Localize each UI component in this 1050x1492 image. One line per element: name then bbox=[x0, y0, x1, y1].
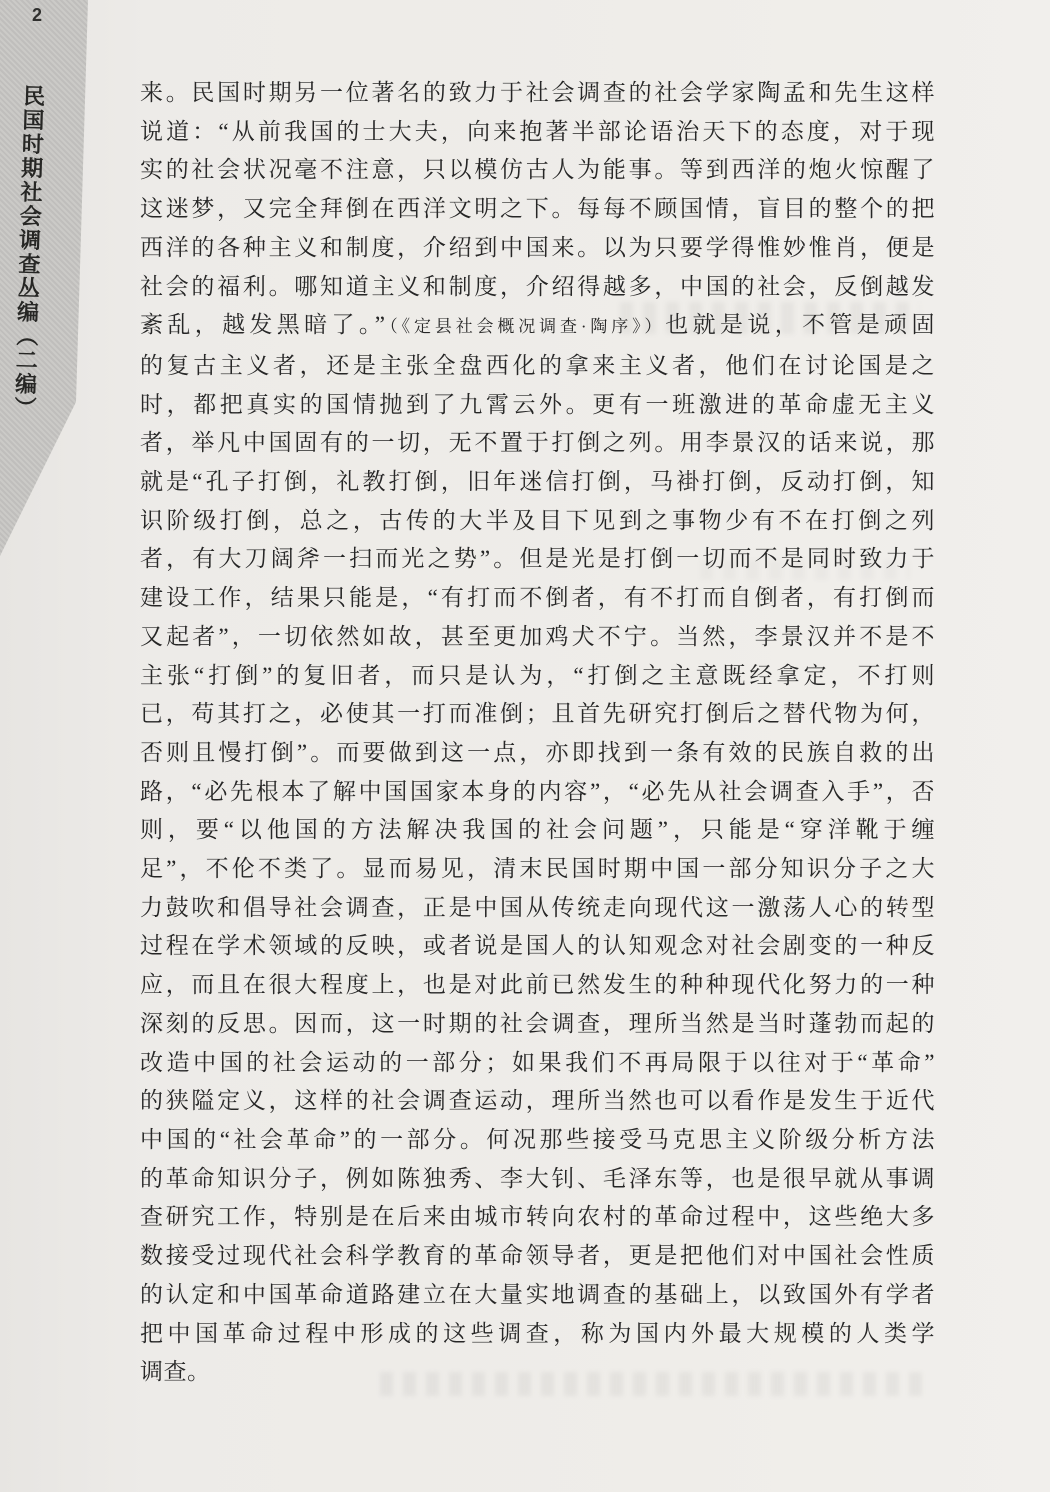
text-line: 过程在学术领域的反映，或者说是国人的认知观念对社会剧变的一种反 bbox=[140, 927, 935, 966]
text-line: 则，要“以他国的方法解决我国的社会问题”，只能是“穿洋靴于缠 bbox=[140, 811, 935, 850]
text-line: 深刻的反思。因而，这一时期的社会调查，理所当然是当时蓬勃而起的 bbox=[140, 1005, 935, 1044]
text-line: 路，“必先根本了解中国国家本身的内容”，“必先从社会调查入手”，否 bbox=[140, 773, 935, 812]
text-line: 力鼓吹和倡导社会调查，正是中国从传统走向现代这一激荡人心的转型 bbox=[140, 889, 935, 928]
body-text: 深刻的反思。因而，这一时期的社会调查，理所当然是当时蓬勃而起的 bbox=[140, 1011, 935, 1036]
body-text: 足”，不伦不类了。显而易见，清末民国时期中国一部分知识分子之大 bbox=[140, 856, 935, 881]
text-block: 来。民国时期另一位著名的致力于社会调查的社会学家陶孟和先生这样说道：“从前我国的… bbox=[140, 74, 935, 1392]
body-text: 应，而且在很大程度上，也是对此前已然发生的种种现代化努力的一种 bbox=[140, 972, 935, 997]
text-line: 已，苟其打之，必使其一打而准倒；且首先研究打倒后之替代物为何， bbox=[140, 695, 935, 734]
text-line: 把中国革命过程中形成的这些调查，称为国内外最大规模的人类学 bbox=[140, 1315, 935, 1354]
page-number: 2 bbox=[32, 5, 42, 26]
body-text: 也就是说，不管是顽固 bbox=[665, 312, 935, 337]
body-text: 的革命知识分子，例如陈独秀、李大钊、毛泽东等，也是很早就从事调 bbox=[140, 1166, 935, 1191]
text-line: 来。民国时期另一位著名的致力于社会调查的社会学家陶孟和先生这样 bbox=[140, 74, 935, 113]
text-line: 的复古主义者，还是主张全盘西化的拿来主义者，他们在讨论国是之 bbox=[140, 347, 935, 386]
body-text: 来。民国时期另一位著名的致力于社会调查的社会学家陶孟和先生这样 bbox=[140, 80, 935, 105]
body-text: 则，要“以他国的方法解决我国的社会问题”，只能是“穿洋靴于缠 bbox=[140, 817, 935, 842]
text-line: 建设工作，结果只能是，“有打而不倒者，有不打而自倒者，有打倒而 bbox=[140, 579, 935, 618]
body-text: 已，苟其打之，必使其一打而准倒；且首先研究打倒后之替代物为何， bbox=[140, 701, 935, 726]
text-line: 应，而且在很大程度上，也是对此前已然发生的种种现代化努力的一种 bbox=[140, 966, 935, 1005]
body-text: 数接受过现代社会科学教育的革命领导者，更是把他们对中国社会性质 bbox=[140, 1243, 935, 1268]
body-text: 就是“孔子打倒，礼教打倒，旧年迷信打倒，马褂打倒，反动打倒，知 bbox=[140, 469, 935, 494]
body-text: 者，举凡中国固有的一切，无不置于打倒之列。用李景汉的话来说，那 bbox=[140, 430, 935, 455]
body-text: 的认定和中国革命道路建立在大量实地调查的基础上，以致国外有学者 bbox=[140, 1282, 935, 1307]
text-line: 又起者”，一切依然如故，甚至更加鸡犬不宁。当然，李景汉并不是不 bbox=[140, 618, 935, 657]
body-text: 说道：“从前我国的士大夫，向来抱著半部论语治天下的态度，对于现 bbox=[140, 119, 935, 144]
body-text: 路，“必先根本了解中国国家本身的内容”，“必先从社会调查入手”，否 bbox=[140, 779, 935, 804]
text-line: 实的社会状况毫不注意，只以模仿古人为能事。等到西洋的炮火惊醒了 bbox=[140, 151, 935, 190]
body-text: 又起者”，一切依然如故，甚至更加鸡犬不宁。当然，李景汉并不是不 bbox=[140, 624, 935, 649]
text-line: 说道：“从前我国的士大夫，向来抱著半部论语治天下的态度，对于现 bbox=[140, 113, 935, 152]
text-line: 调查。 bbox=[140, 1353, 935, 1392]
text-line: 的认定和中国革命道路建立在大量实地调查的基础上，以致国外有学者 bbox=[140, 1276, 935, 1315]
body-text: 改造中国的社会运动的一部分；如果我们不再局限于以往对于“革命” bbox=[140, 1050, 935, 1075]
body-text: 识阶级打倒，总之，古传的大半及目下见到之事物少有不在打倒之列 bbox=[140, 508, 935, 533]
text-line: 者，有大刀阔斧一扫而光之势”。但是光是打倒一切而不是同时致力于 bbox=[140, 540, 935, 579]
body-text: 实的社会状况毫不注意，只以模仿古人为能事。等到西洋的炮火惊醒了 bbox=[140, 157, 935, 182]
body-text: 查研究工作，特别是在后来由城市转向农村的革命过程中，这些绝大多 bbox=[140, 1204, 935, 1229]
text-line: 紊乱，越发黑暗了。”（《定县社会概况调查·陶序》）也就是说，不管是顽固 bbox=[140, 306, 935, 347]
text-line: 数接受过现代社会科学教育的革命领导者，更是把他们对中国社会性质 bbox=[140, 1237, 935, 1276]
text-line: 这迷梦，又完全拜倒在西洋文明之下。每每不顾国情，盲目的整个的把 bbox=[140, 190, 935, 229]
text-line: 时，都把真实的国情抛到了九霄云外。更有一班激进的革命虚无主义 bbox=[140, 386, 935, 425]
text-line: 社会的福利。哪知道主义和制度，介绍得越多，中国的社会，反倒越发 bbox=[140, 268, 935, 307]
body-text: 这迷梦，又完全拜倒在西洋文明之下。每每不顾国情，盲目的整个的把 bbox=[140, 196, 935, 221]
text-line: 主张“打倒”的复旧者，而只是认为，“打倒之主意既经拿定，不打则 bbox=[140, 657, 935, 696]
body-text: 把中国革命过程中形成的这些调查，称为国内外最大规模的人类学 bbox=[140, 1321, 935, 1346]
body-text: 时，都把真实的国情抛到了九霄云外。更有一班激进的革命虚无主义 bbox=[140, 392, 935, 417]
body-text: 否则且慢打倒”。而要做到这一点，亦即找到一条有效的民族自救的出 bbox=[140, 740, 935, 765]
body-text: 过程在学术领域的反映，或者说是国人的认知观念对社会剧变的一种反 bbox=[140, 933, 935, 958]
body-text: 西洋的各种主义和制度，介绍到中国来。以为只要学得惟妙惟肖，便是 bbox=[140, 235, 935, 260]
body-text: 主张“打倒”的复旧者，而只是认为，“打倒之主意既经拿定，不打则 bbox=[140, 663, 935, 688]
text-line: 的狭隘定义，这样的社会调查运动，理所当然也可以看作是发生于近代 bbox=[140, 1082, 935, 1121]
text-line: 足”，不伦不类了。显而易见，清末民国时期中国一部分知识分子之大 bbox=[140, 850, 935, 889]
text-line: 查研究工作，特别是在后来由城市转向农村的革命过程中，这些绝大多 bbox=[140, 1198, 935, 1237]
text-line: 西洋的各种主义和制度，介绍到中国来。以为只要学得惟妙惟肖，便是 bbox=[140, 229, 935, 268]
body-text: 力鼓吹和倡导社会调查，正是中国从传统走向现代这一激荡人心的转型 bbox=[140, 895, 935, 920]
body-text: 的狭隘定义，这样的社会调查运动，理所当然也可以看作是发生于近代 bbox=[140, 1088, 935, 1113]
text-line: 的革命知识分子，例如陈独秀、李大钊、毛泽东等，也是很早就从事调 bbox=[140, 1160, 935, 1199]
body-text: 社会的福利。哪知道主义和制度，介绍得越多，中国的社会，反倒越发 bbox=[140, 274, 935, 299]
body-text: 建设工作，结果只能是，“有打而不倒者，有不打而自倒者，有打倒而 bbox=[140, 585, 935, 610]
body-text: 调查。 bbox=[140, 1359, 211, 1384]
text-line: 否则且慢打倒”。而要做到这一点，亦即找到一条有效的民族自救的出 bbox=[140, 734, 935, 773]
text-line: 就是“孔子打倒，礼教打倒，旧年迷信打倒，马褂打倒，反动打倒，知 bbox=[140, 463, 935, 502]
body-text: 紊乱，越发黑暗了。” bbox=[140, 312, 385, 337]
text-line: 者，举凡中国固有的一切，无不置于打倒之列。用李景汉的话来说，那 bbox=[140, 424, 935, 463]
body-text: 的复古主义者，还是主张全盘西化的拿来主义者，他们在讨论国是之 bbox=[140, 353, 935, 378]
text-line: 识阶级打倒，总之，古传的大半及目下见到之事物少有不在打倒之列 bbox=[140, 502, 935, 541]
body-text: 中国的“社会革命”的一部分。何况那些接受马克思主义阶级分析方法 bbox=[140, 1127, 935, 1152]
citation-text: （《定县社会概况调查·陶序》） bbox=[385, 317, 665, 336]
text-line: 改造中国的社会运动的一部分；如果我们不再局限于以往对于“革命” bbox=[140, 1044, 935, 1083]
text-line: 中国的“社会革命”的一部分。何况那些接受马克思主义阶级分析方法 bbox=[140, 1121, 935, 1160]
body-text: 者，有大刀阔斧一扫而光之势”。但是光是打倒一切而不是同时致力于 bbox=[140, 546, 935, 571]
